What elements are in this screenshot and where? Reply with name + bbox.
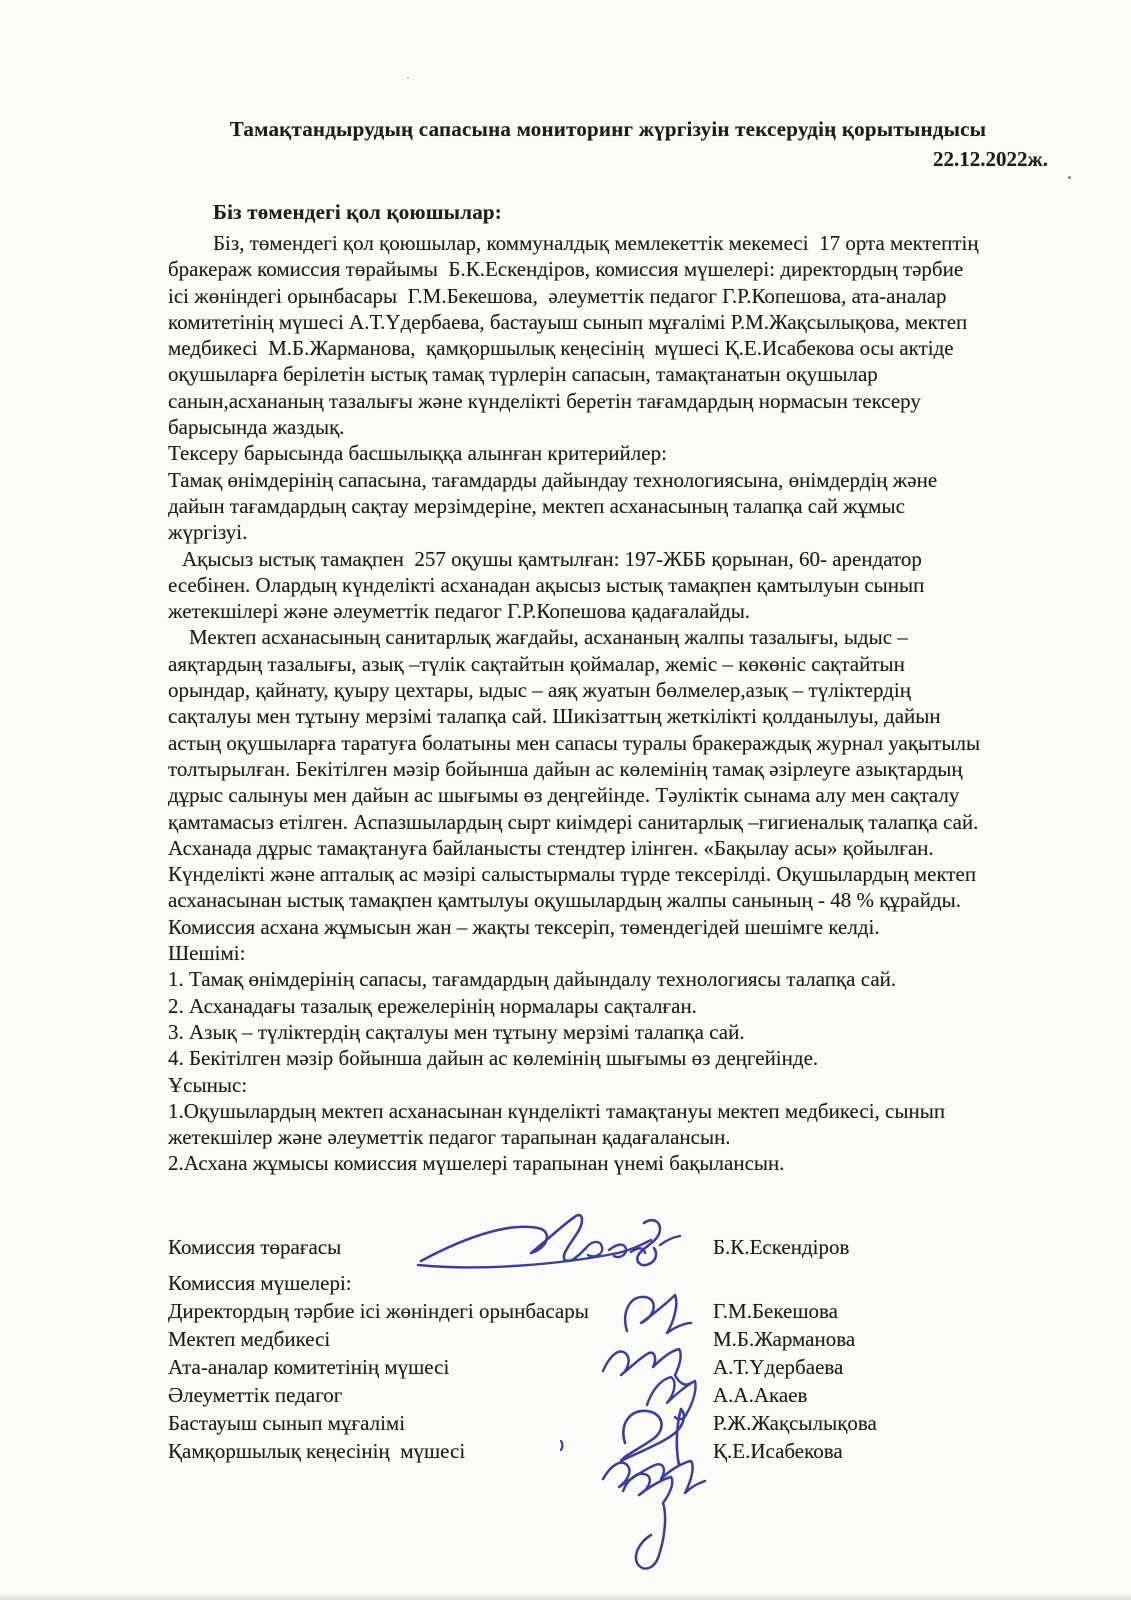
chairman-role-label: Комиссия төрағасы (168, 1235, 341, 1259)
body-line: Күнделікті және апталық ас мәзірі салыст… (168, 861, 1068, 887)
body-line: ісі жөніндегі орынбасары Г.М.Бекешова, ә… (168, 283, 1068, 309)
body-line: Біз, төмендегі қол қоюшылар, коммуналдық… (168, 230, 1068, 256)
members-heading: Комиссия мүшелері: (168, 1271, 352, 1296)
body-text: Біз, төмендегі қол қоюшылар, коммуналдық… (168, 230, 1068, 1177)
document-title: Тамақтандырудың сапасына мониторинг жүрг… (168, 116, 1048, 142)
body-line: дайын тағамдардың сақтау мерзімдеріне, м… (168, 493, 1068, 519)
signature-isabekova (623, 1474, 672, 1569)
proposal-item: 2.Асхана жұмысы комиссия мүшелері тарапы… (168, 1150, 1068, 1176)
signature-zhaksylykova (603, 1461, 705, 1493)
proposal-item: 1.Оқушылардың мектеп асханасынан күнделі… (168, 1098, 1068, 1124)
body-line: астың оқушыларға таратуға болатыны мен с… (168, 730, 1068, 756)
ink-tick-mark (561, 1441, 563, 1450)
scanned-document-page: Тамақтандырудың сапасына мониторинг жүрг… (0, 0, 1131, 1600)
chairman-signature-ink (413, 1203, 685, 1281)
member-role: Әлеуметтік педагог (168, 1383, 342, 1407)
body-line: Мектеп асханасының санитарлық жағдайы, а… (168, 624, 1068, 650)
member-role: Бастауыш сынып мұғалімі (168, 1411, 405, 1435)
scan-speck (407, 77, 409, 79)
signature-dash-stroke (660, 1236, 680, 1245)
body-line: санын,асхананың тазалығы және күнделікті… (168, 388, 1068, 414)
body-line: есебінен. Олардың күнделікті асханадан а… (168, 572, 1068, 598)
body-line: оқушыларға берілетін ыстық тамақ түрлері… (168, 361, 1068, 387)
proposal-item: жетекшілер және әлеуметтік педагог тарап… (168, 1124, 1068, 1150)
scan-edge-artifact (0, 1593, 1131, 1600)
signature-bekeshova (625, 1295, 691, 1333)
body-line: орындар, қайнату, қуыру цехтары, ыдыс – … (168, 677, 1068, 703)
body-line: Комиссия асхана жұмысын жан – жақты текс… (168, 914, 1068, 940)
decision-heading: Шешімі: (168, 940, 1068, 966)
chairman-name: Б.К.Ескендіров (713, 1235, 849, 1260)
decision-item: 4. Бекітілген мәзір бойынша дайын ас көл… (168, 1045, 1068, 1071)
body-line: толтырылған. Бекітілген мәзір бойынша да… (168, 756, 1068, 782)
body-line: бракераж комиссия төрайымы Б.К.Ескендіро… (168, 256, 1068, 282)
body-line: Тамақ өнімдерінің сапасына, тағамдарды д… (168, 467, 1068, 493)
body-line: асханасынан ыстық тамақпен қамтылуы оқуш… (168, 887, 1068, 913)
body-line: дұрыс салынуы мен дайын ас шығымы өз дең… (168, 782, 1068, 808)
body-line: жүргізуі. (168, 519, 1068, 545)
body-line: Тексеру барысында басшылыққа алынған кри… (168, 440, 1068, 466)
body-line: Асханада дұрыс тамақтануға байланысты ст… (168, 835, 1068, 861)
proposal-heading: Ұсыныс: (168, 1072, 1068, 1098)
body-line: сақталуы мен тұтыну мерзімі талапқа сай.… (168, 703, 1068, 729)
decision-item: 1. Тамақ өнімдерінің сапасы, тағамдардың… (168, 966, 1068, 992)
member-role: Қамқоршылық кеңесінің мүшесі (168, 1439, 465, 1463)
member-role: Ата-аналар комитетінің мүшесі (168, 1355, 449, 1379)
scan-speck (1068, 176, 1071, 179)
body-line: жетекшілері және әлеуметтік педагог Г.Р.… (168, 598, 1068, 624)
body-line: қамтамасыз етілген. Аспазшылардың сырт к… (168, 809, 1068, 835)
member-role: Директордың тәрбие ісі жөніндегі орынбас… (168, 1299, 589, 1323)
body-line: медбикесі М.Б.Жарманова, қамқоршылық кең… (168, 335, 1068, 361)
body-line: барысында жаздық. (168, 414, 1068, 440)
body-line: аяқтардың тазалығы, азық –түлік сақтайты… (168, 651, 1068, 677)
signature-eskendirov (637, 1220, 660, 1265)
signature-zharmanova (603, 1349, 691, 1385)
decision-item: 3. Азық – түліктердің сақталуы мен тұтын… (168, 1019, 1068, 1045)
document-date: 22.12.2022ж. (168, 146, 1048, 172)
member-signatures-ink (540, 1283, 805, 1588)
signature-eskendirov (421, 1215, 586, 1261)
member-role: Мектеп медбикесі (168, 1327, 330, 1351)
body-line: Ақысыз ыстық тамақпен 257 оқушы қамтылға… (168, 546, 1068, 572)
signatories-heading: Біз төмендегі қол қоюшылар: (213, 199, 502, 225)
body-line: комитетінің мүшесі А.Т.Үдербаева, бастау… (168, 309, 1068, 335)
decision-item: 2. Асханадағы тазалық ережелерінің норма… (168, 993, 1068, 1019)
